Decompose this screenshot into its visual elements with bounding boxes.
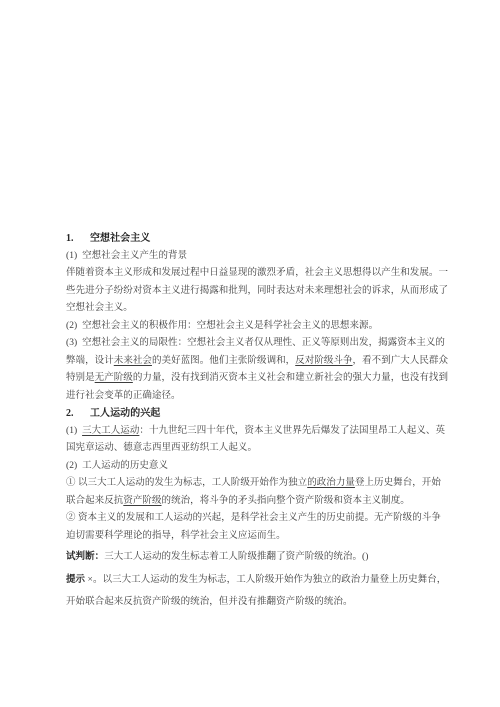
- text-line: 空想社会主义。: [66, 300, 440, 318]
- text-line: ② 资本主义的发展和工人运动的兴起，是科学社会主义产生的历史前提。无产阶级的斗争: [66, 510, 440, 528]
- text-segment: ① 以三大工人运动的发生为标志，工人阶级开始作为独立: [66, 478, 307, 488]
- underlined-term: 反对阶级斗争: [295, 356, 352, 366]
- text-segment: (2) 工人运动的历史意义: [66, 461, 168, 471]
- document-body: 1.空想社会主义(1) 空想社会主义产生的背景伴随着资本主义形成和发展过程中日益…: [66, 230, 440, 612]
- text-line: (2) 工人运动的历史意义: [66, 458, 440, 476]
- text-line: 联合起来反抗资产阶级的统治，将斗争的矛头指向整个资产阶级和资本主义制度。: [66, 493, 440, 511]
- text-segment: ×。以三大工人运动的发生为标志，工人阶级开始作为独立的政治力量登上历史舞台，: [85, 575, 446, 585]
- text-line: 进行社会变革的正确途径。: [66, 388, 440, 406]
- text-line: ① 以三大工人运动的发生为标志，工人阶级开始作为独立的政治力量登上历史舞台，开始: [66, 475, 440, 493]
- section-heading: 1.空想社会主义: [66, 230, 440, 248]
- text-line: 提示 ×。以三大工人运动的发生为标志，工人阶级开始作为独立的政治力量登上历史舞台…: [66, 572, 440, 590]
- text-line: (3) 空想社会主义的局限性：空想社会主义者仅从理性、正义等原则出发，揭露资本主…: [66, 335, 440, 353]
- text-segment: 开始联合起来反抗资产阶级的统治，但并没有推翻资产阶级的统治。: [66, 597, 353, 607]
- text-line: (1) 空想社会主义产生的背景: [66, 248, 440, 266]
- underlined-term: 无产阶级: [95, 373, 133, 383]
- text-segment: 些先进分子纷纷对资本主义进行揭露和批判，同时表达对未来理想社会的诉求，从而形成了: [66, 286, 448, 296]
- section-heading: 2.工人运动的兴起: [66, 405, 440, 423]
- section-number: 2.: [66, 405, 90, 423]
- text-line: (2) 空想社会主义的积极作用：空想社会主义是科学社会主义的思想来源。: [66, 318, 440, 336]
- text-segment: 的美好蓝图。他们主张阶级调和，: [152, 356, 295, 366]
- text-line: 国宪章运动、德意志西里西亚纺织工人起义。: [66, 440, 440, 458]
- text-line: 弊端，设计未来社会的美好蓝图。他们主张阶级调和，反对阶级斗争，看不到广大人民群众: [66, 353, 440, 371]
- text-line: 些先进分子纷纷对资本主义进行揭露和批判，同时表达对未来理想社会的诉求，从而形成了: [66, 283, 440, 301]
- text-segment: ：十九世纪三四十年代，资本主义世界先后爆发了法国里昂工人起义、英: [139, 426, 445, 436]
- text-segment: 国宪章运动、德意志西里西亚纺织工人起义。: [66, 443, 257, 453]
- text-segment: ，看不到广大人民群众: [353, 356, 449, 366]
- bold-label: 试判断：: [66, 552, 104, 562]
- bold-label: 提示: [66, 575, 85, 585]
- text-line: 特别是无产阶级的力量，没有找到消灭资本主义社会和建立新社会的强大力量，也没有找到: [66, 370, 440, 388]
- text-segment: (2) 空想社会主义的积极作用：空想社会主义是科学社会主义的思想来源。: [66, 321, 378, 331]
- text-segment: (3) 空想社会主义的局限性：空想社会主义者仅从理性、正义等原则出发，揭露资本主…: [66, 338, 445, 348]
- section-title: 空想社会主义: [90, 233, 150, 244]
- text-line: 伴随着资本主义形成和发展过程中日益显现的激烈矛盾，社会主义思想得以产生和发展。一: [66, 265, 440, 283]
- text-line: (1) 三大工人运动：十九世纪三四十年代，资本主义世界先后爆发了法国里昂工人起义…: [66, 423, 440, 441]
- text-segment: (1): [66, 426, 82, 436]
- section-title: 工人运动的兴起: [90, 408, 160, 419]
- text-segment: 联合起来反抗: [66, 496, 123, 506]
- text-segment: 进行社会变革的正确途径。: [66, 391, 181, 401]
- text-line: 开始联合起来反抗资产阶级的统治，但并没有推翻资产阶级的统治。: [66, 594, 440, 612]
- text-segment: 的统治，将斗争的矛头指向整个资产阶级和资本主义制度。: [162, 496, 410, 506]
- text-segment: 伴随着资本主义形成和发展过程中日益显现的激烈矛盾，社会主义思想得以产生和发展。一: [66, 268, 448, 278]
- underlined-term: 的政治力量: [307, 478, 355, 488]
- text-segment: 的力量，没有找到消灭资本主义社会和建立新社会的强大力量，也没有找到: [133, 373, 448, 383]
- underlined-term: 未来社会: [114, 356, 152, 366]
- text-line: 试判断：三大工人运动的发生标志着工人阶级推翻了资产阶级的统治。(): [66, 549, 440, 567]
- document-page: 1.空想社会主义(1) 空想社会主义产生的背景伴随着资本主义形成和发展过程中日益…: [0, 0, 500, 707]
- text-segment: (1) 空想社会主义产生的背景: [66, 251, 187, 261]
- text-segment: 三大工人运动的发生标志着工人阶级推翻了资产阶级的统治。(): [104, 552, 368, 562]
- section-number: 1.: [66, 230, 90, 248]
- text-segment: 迫切需要科学理论的指导，科学社会主义应运而生。: [66, 531, 286, 541]
- underlined-term: 三大工人运动: [82, 426, 139, 436]
- text-segment: 空想社会主义。: [66, 303, 133, 313]
- text-segment: 登上历史舞台，开始: [355, 478, 441, 488]
- text-segment: 特别是: [66, 373, 95, 383]
- text-segment: 弊端，设计: [66, 356, 114, 366]
- text-line: 迫切需要科学理论的指导，科学社会主义应运而生。: [66, 528, 440, 546]
- text-segment: ② 资本主义的发展和工人运动的兴起，是科学社会主义产生的历史前提。无产阶级的斗争: [66, 513, 441, 523]
- underlined-term: 资产阶级: [123, 496, 161, 506]
